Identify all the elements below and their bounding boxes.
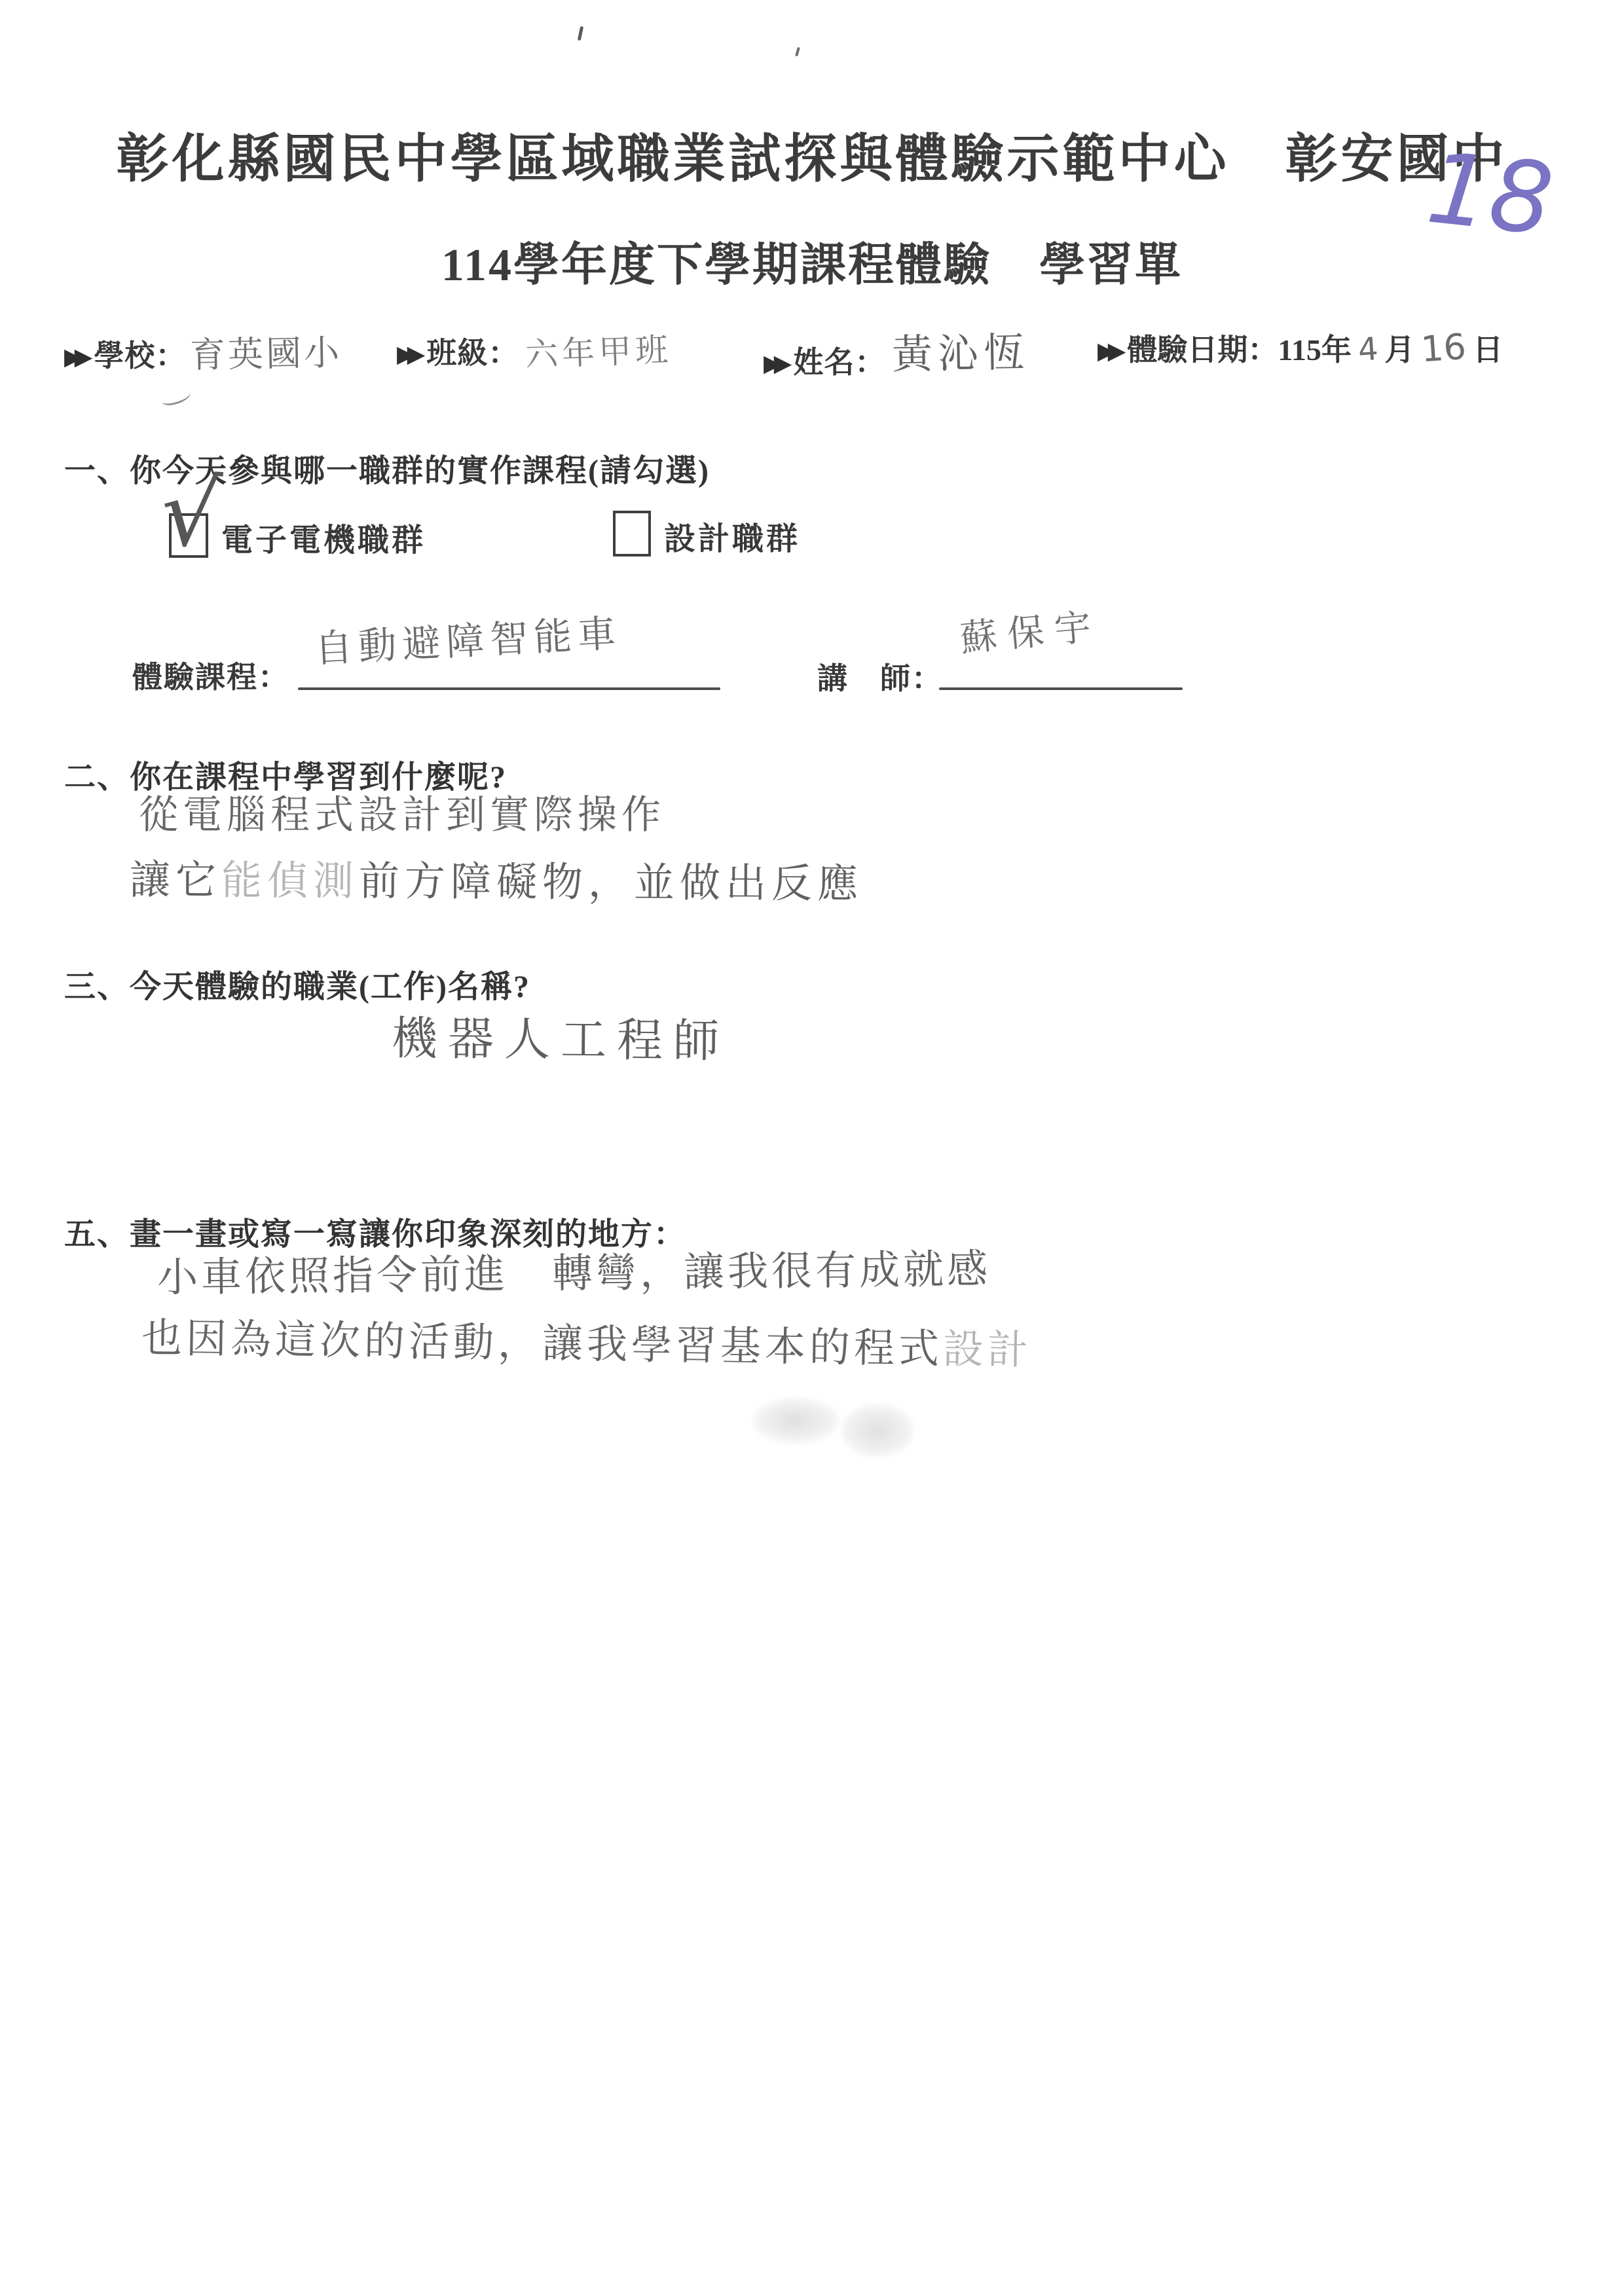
field-class: ▶▶ 班級： 六年甲班	[397, 326, 672, 373]
school-value-handwritten: 育英國小	[190, 325, 342, 378]
eraser-smudge	[841, 1404, 913, 1457]
course-value-handwritten: 自動避障智能車	[313, 602, 623, 673]
q1-heading: 一、你今天參與哪一職群的實作課程(請勾選)	[64, 445, 710, 490]
q3-heading: 三、今天體驗的職業(工作)名稱?	[64, 961, 530, 1006]
option-electronics-label: 電子電機職群	[221, 515, 426, 560]
date-year-printed: 115年	[1278, 326, 1351, 369]
checkmark-icon: √	[158, 465, 223, 562]
q5-line2-main: 也因為這次的活動，讓我學習基本的程式	[141, 1314, 944, 1373]
checkbox-box	[613, 511, 651, 556]
date-month-handwritten: 4	[1357, 331, 1379, 369]
q5-answer-line1-handwritten: 小車依照指令前進 轉彎，讓我很有成就感	[157, 1243, 991, 1303]
q5-line2-faint-erased: 設計	[942, 1325, 1032, 1374]
double-arrow-icon: ▶▶	[64, 343, 84, 371]
q2-line2-start: 讓它	[130, 856, 221, 904]
course-label: 體驗課程：	[132, 653, 289, 697]
name-value-handwritten: 黃沁恆	[891, 319, 1030, 380]
course-underline	[298, 687, 720, 690]
q3-answer-handwritten: 機器人工程師	[392, 1010, 730, 1070]
q2-line2-rest: 前方障礙物，並做出反應	[359, 857, 863, 907]
q2-answer-line2-handwritten: 讓它能偵測前方障礙物，並做出反應	[130, 854, 863, 909]
q5-heading: 五、畫一畫或寫一寫讓你印象深刻的地方：	[64, 1209, 686, 1254]
double-arrow-icon: ▶▶	[1098, 337, 1118, 365]
eraser-smudge	[753, 1398, 838, 1444]
date-day-handwritten: 16	[1420, 326, 1467, 371]
field-name: ▶▶ 姓名： 黃沁恆	[764, 326, 1029, 384]
date-month-unit: 月	[1384, 326, 1414, 369]
instructor-value-handwritten: 蘇保宇	[958, 598, 1103, 663]
checkbox-design	[613, 511, 651, 556]
handwritten-score: 18	[1423, 139, 1558, 249]
checkbox-electronics: √	[169, 513, 208, 558]
double-arrow-icon: ▶▶	[764, 350, 784, 377]
field-school: ▶▶ 學校： 育英國小	[64, 326, 342, 376]
scanned-worksheet-page: 彰化縣國民中學區域職業試探與體驗示範中心 彰安國中 114學年度下學期課程體驗 …	[0, 0, 1624, 2296]
school-label: 學校：	[94, 332, 186, 375]
class-label: 班級：	[426, 329, 519, 373]
name-label: 姓名：	[793, 338, 885, 382]
q2-answer-line1-handwritten: 從電腦程式設計到實際操作	[139, 791, 665, 840]
field-date: ▶▶ 體驗日期： 115年 4 月 16 日	[1098, 326, 1503, 369]
date-label: 體驗日期：	[1127, 326, 1278, 369]
q2-heading: 二、你在課程中學習到什麼呢?	[64, 752, 507, 797]
option-design-label: 設計職群	[664, 513, 800, 558]
page-subtitle: 114學年度下學期課程體驗 學習單	[0, 228, 1624, 294]
instructor-underline	[939, 687, 1183, 690]
double-arrow-icon: ▶▶	[397, 340, 417, 368]
scan-speck	[578, 26, 583, 41]
date-day-unit: 日	[1473, 326, 1503, 369]
class-value-handwritten: 六年甲班	[525, 323, 673, 376]
q2-line2-faint-erased: 能偵測	[221, 856, 359, 905]
instructor-label: 講 師：	[817, 655, 943, 698]
pencil-stray-mark	[160, 387, 193, 408]
page-title: 彰化縣國民中學區域職業試探與體驗示範中心 彰安國中	[0, 117, 1624, 192]
scan-speck	[795, 47, 800, 57]
q5-answer-line2-handwritten: 也因為這次的活動，讓我學習基本的程式設計	[141, 1313, 1033, 1376]
